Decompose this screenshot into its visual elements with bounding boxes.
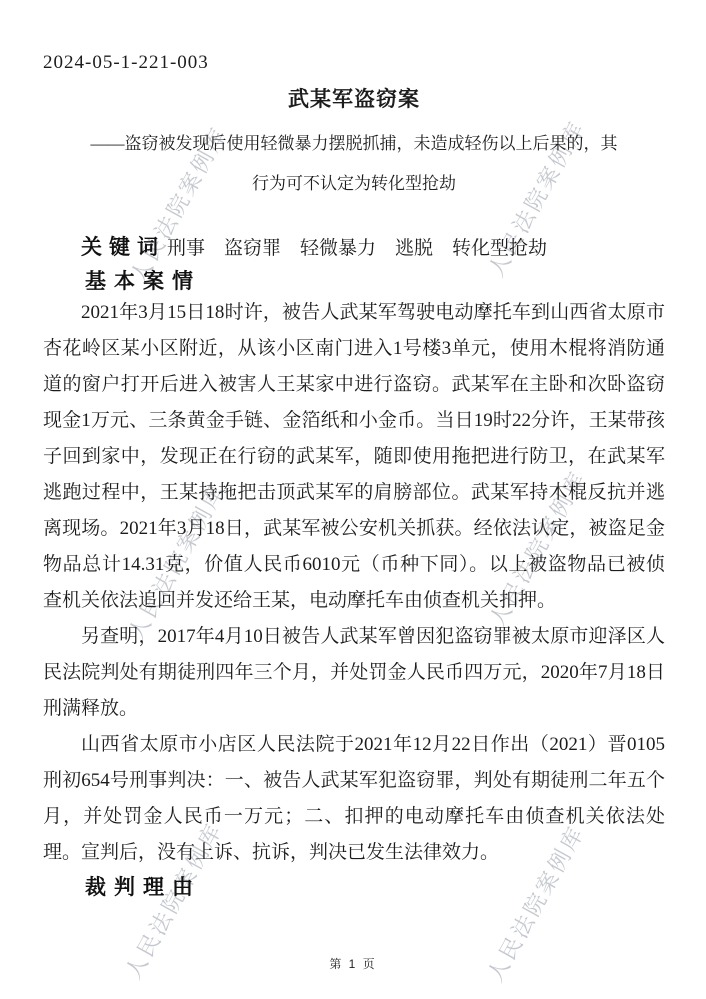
section-heading-judgment-reasons: 裁判理由 [43,875,665,901]
keywords-list: 刑事 盗窃罪 轻微暴力 逃脱 转化型抢劫 [167,238,547,259]
keywords-row: 关键词刑事 盗窃罪 轻微暴力 逃脱 转化型抢劫 [43,235,665,262]
paragraph-basic-facts-1: 2021年3月15日18时许，被告人武某军驾驶电动摩托车到山西省太原市杏花岭区某… [43,295,665,619]
case-subtitle: ——盗窃被发现后使用轻微暴力摆脱抓捕，未造成轻伤以上后果的，其行为可不认定为转化… [43,124,665,204]
document-page: 人民法院案例库 人民法院案例库 人民法院案例库 人民法院案例库 人民法院案例库 … [0,0,706,999]
document-content: 2024-05-1-221-003 武某军盗窃案 ——盗窃被发现后使用轻微暴力摆… [0,0,706,999]
keywords-label: 关键词 [81,236,165,259]
section-heading-basic-facts: 基本案情 [43,269,665,295]
paragraph-basic-facts-2: 另查明，2017年4月10日被告人武某军曾因犯盗窃罪被太原市迎泽区人民法院判处有… [43,619,665,727]
page-number: 第 1 页 [0,955,706,972]
case-document-number: 2024-05-1-221-003 [43,52,665,74]
case-title: 武某军盗窃案 [43,86,665,112]
paragraph-basic-facts-3: 山西省太原市小店区人民法院于2021年12月22日作出（2021）晋0105刑初… [43,727,665,871]
